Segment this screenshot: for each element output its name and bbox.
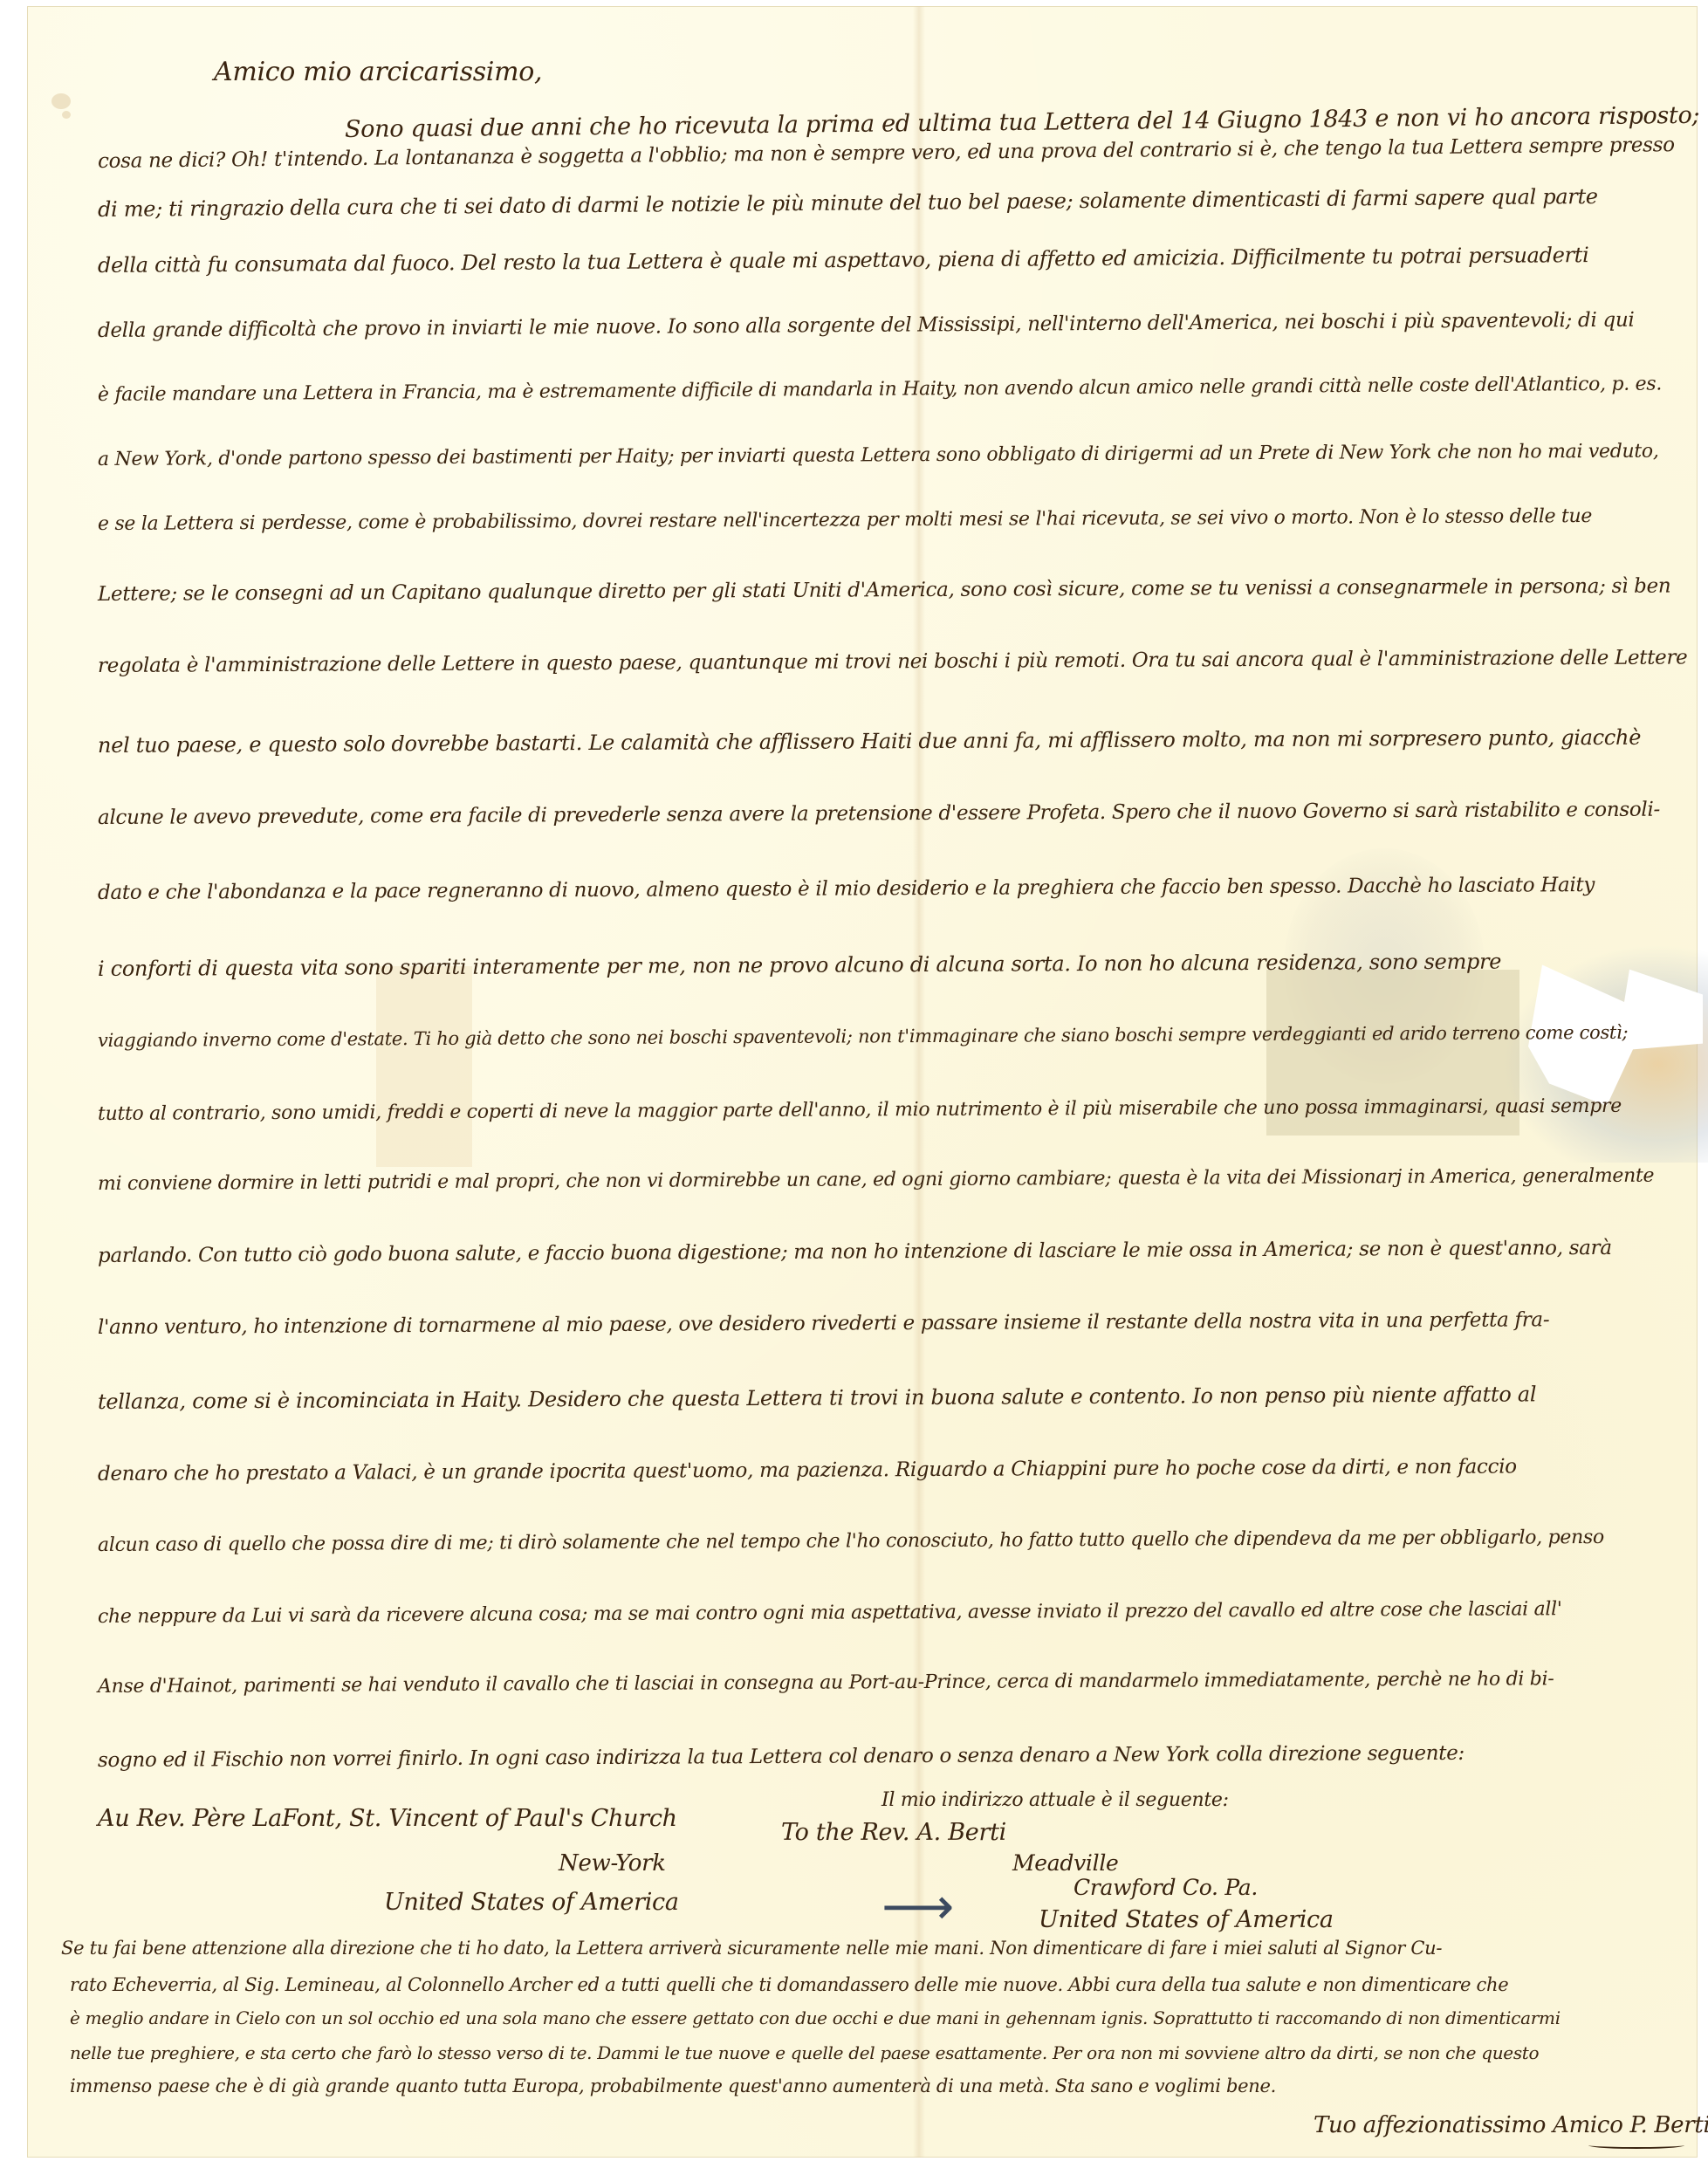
address-meadville-line1: To the Rev. A. Berti [781, 1819, 1006, 1846]
salutation: Amico mio arcicarissimo, [214, 57, 542, 87]
address-intro: Il mio indirizzo attuale è il seguente: [881, 1789, 1229, 1811]
address-meadville-line3: Crawford Co. Pa. [1074, 1875, 1258, 1900]
closing-line: nelle tue preghiere, e sta certo che far… [70, 2042, 1539, 2063]
closing-line: immenso paese che è di già grande quanto… [70, 2076, 1276, 2096]
offset-ink-mark [376, 966, 472, 1167]
closing-line: è meglio andare in Cielo con un sol occh… [70, 2007, 1561, 2028]
address-newyork-line2: New-York [559, 1850, 666, 1877]
address-newyork-line3: United States of America [384, 1889, 679, 1916]
signature: Tuo affezionatissimo Amico P. Berti [1314, 2112, 1708, 2138]
foxing-spot [51, 93, 71, 109]
closing-line: Se tu fai bene attenzione alla direzione… [61, 1938, 1442, 1959]
signature-flourish [1588, 2142, 1684, 2149]
address-meadville-line2: Meadville [1012, 1850, 1119, 1876]
foxing-spot [62, 111, 71, 119]
arrow-icon: ⟶ [881, 1877, 954, 1936]
address-newyork-line1: Au Rev. Père LaFont, St. Vincent of Paul… [98, 1805, 677, 1832]
address-meadville-line4: United States of America [1039, 1906, 1334, 1933]
closing-line: rato Echeverria, al Sig. Lemineau, al Co… [70, 1974, 1508, 1995]
